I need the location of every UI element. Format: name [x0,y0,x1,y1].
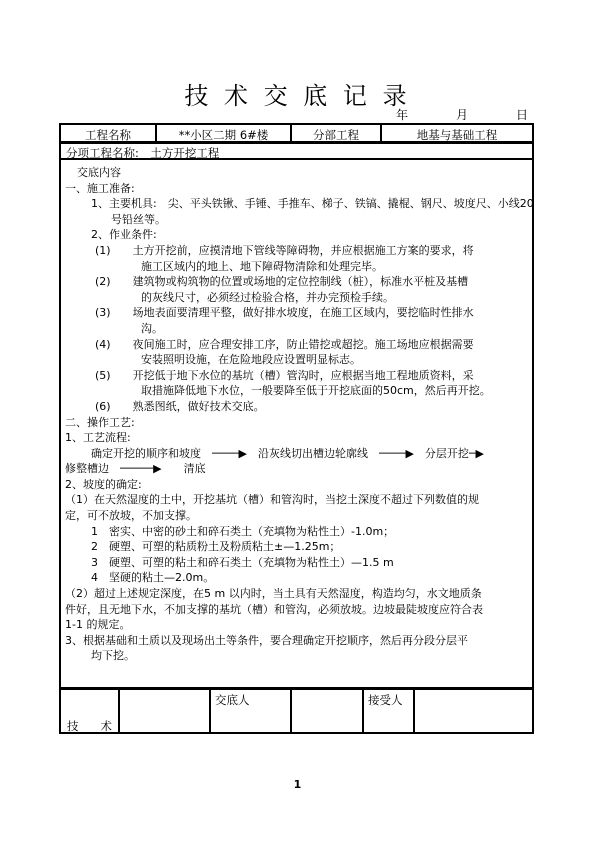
content-line: 均下挖。 [65,648,528,664]
content-line: 定，可不放坡，不加支撑。 [65,508,528,524]
content-line: 1 密实、中密的砂土和碎石类土（充填物为粘性土）-1.0m； [65,524,528,540]
content-line: 施工区域内的地上、地下障碍物清除和处理完毕。 [65,259,528,275]
header-row: 工程名称 **小区二期 6#楼 分部工程 地基与基础工程 [61,125,532,144]
record-table: 工程名称 **小区二期 6#楼 分部工程 地基与基础工程 分项工程名称: 土方开… [59,123,534,734]
receiver-signature-cell [415,690,532,732]
content-line: 一、施工准备: [65,181,528,197]
content-line: 3 硬塑、可塑的粘土和碎石类土（充填物为粘性土）—1.5 m [65,555,528,571]
content-line: 2 硬塑、可塑的粘质粉土及粉质粘土±—1.25m； [65,539,528,555]
division-value: 地基与基础工程 [382,125,532,141]
content-line: (5) 开挖低于地下水位的基坑（槽）管沟时，应根据当地工程地质资料，采 [65,368,528,384]
content-line: 4 坚硬的粘土—2.0m。 [65,570,528,586]
discloser-label-cell: 交底人 [211,690,292,732]
content-line: (2) 建筑物或构筑物的位置或场地的定位控制线（桩），标准水平桩及基槽 [65,274,528,290]
content-line: 2、作业条件: [65,227,528,243]
content-line: 交底内容 [65,165,528,181]
content-line: 2、坡度的确定: [65,477,528,493]
content-line: (3) 场地表面要清理平整，做好排水坡度，在施工区域内，要挖临时性排水 [65,305,528,321]
content-line: 件好，且无地下水，不加支撑的基坑（槽）和管沟，必须放坡。边坡最陡坡度应符合表 [65,602,528,618]
content-line: 3、根据基础和土质以及现场出土等条件，要合理确定开挖顺序，然后再分段分层平 [65,633,528,649]
content-line: (1) 土方开挖前，应摸清地下管线等障碍物，并应根据施工方案的要求，将 [65,243,528,259]
content-line: 沟。 [65,321,528,337]
document-page: 技 术 交 底 记 录 年 月 日 工程名称 **小区二期 6#楼 分部工程 地… [0,0,595,842]
content-line: 1-1 的规定。 [65,617,528,633]
division-label: 分部工程 [292,125,382,141]
discloser-signature-cell [292,690,364,732]
content-line: 取措施降低地下水位，一般要降至低于开挖底面的50cm，然后再开挖。 [65,383,528,399]
content-line: 确定开挖的顺序和坡度 ────▶ 沿灰线切出槽边轮廓线 ────▶ 分层开挖─▶ [65,446,528,462]
content-line: 的灰线尺寸，必须经过检验合格，并办完预检手续。 [65,290,528,306]
project-name-label: 工程名称 [61,125,157,141]
content-line: (4) 夜间施工时，应合理安排工序，防止错挖或超挖。施工场地应根据需要 [65,337,528,353]
page-number: 1 [0,778,595,791]
content-line: 二、操作工艺: [65,415,528,431]
content-line: 安装照明设施，在危险地段应设置明显标志。 [65,352,528,368]
receiver-label-cell: 接受人 [364,690,415,732]
signature-row: 技 术 负 责 人 交底人 接受人 [61,690,532,732]
sub-project-row: 分项工程名称: 土方开挖工程 [61,144,532,160]
content-line: 号铅丝等。 [65,212,528,228]
content-line: 修整槽边 ─────▶ 清底 [65,461,528,477]
content-line: 1、主要机具: 尖、平头铁锹、手锤、手推车、梯子、铁镐、撬棍、钢尺、坡度尺、小线… [65,196,528,212]
content-line: （2）超过上述规定深度，在5 m 以内时，当土具有天然湿度，构造均匀，水文地质条 [65,586,528,602]
content-area: 交底内容一、施工准备:1、主要机具: 尖、平头铁锹、手锤、手推车、梯子、铁镐、撬… [61,160,532,690]
date-line: 年 月 日 [59,106,534,123]
tech-leader-signature-cell [120,690,211,732]
tech-leader-label-cell: 技 术 负 责 人 [61,690,120,732]
content-line: 1、工艺流程: [65,430,528,446]
tech-leader-label-line: 技 术 [65,720,114,732]
content-line: (6) 熟悉图纸，做好技术交底。 [65,399,528,415]
project-name-value: **小区二期 6#楼 [157,125,292,141]
content-line: （1）在天然湿度的土中，开挖基坑（槽）和管沟时，当挖土深度不超过下列数值的规 [65,492,528,508]
